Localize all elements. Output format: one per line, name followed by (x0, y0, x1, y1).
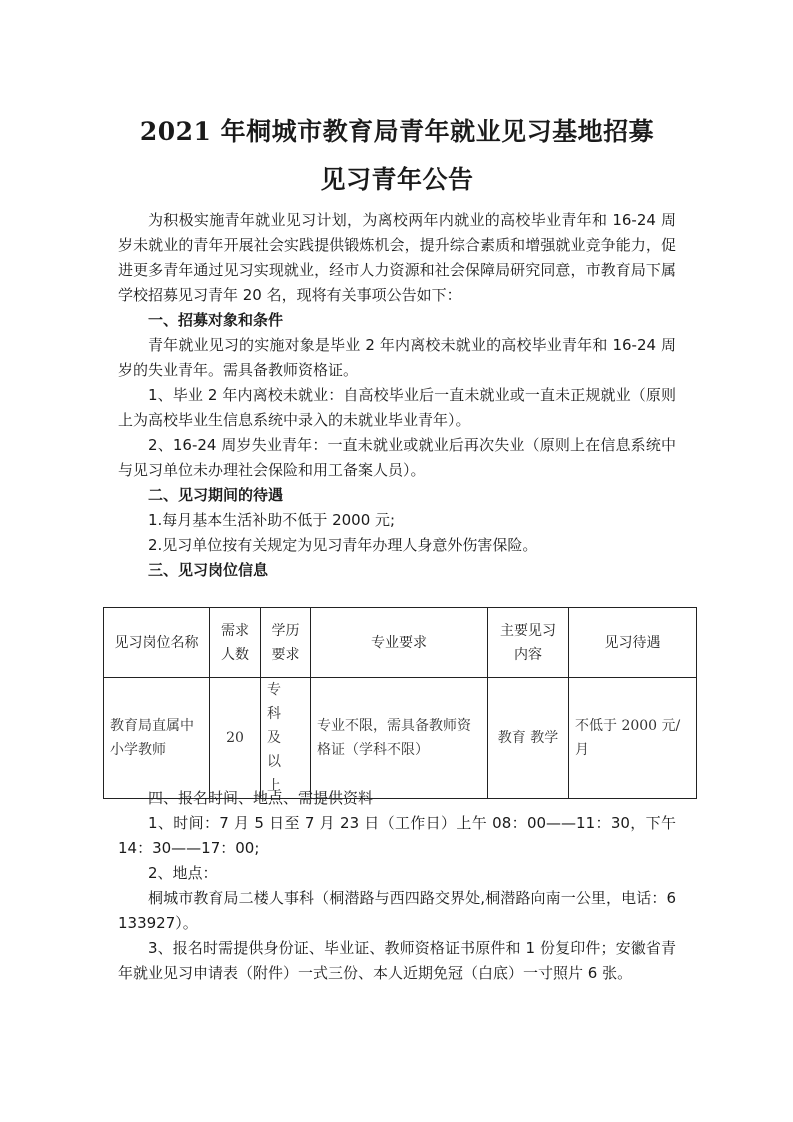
cell-education-text: 专科及以上 (267, 682, 289, 794)
header-major: 专业要求 (311, 608, 488, 678)
header-education: 学历要求 (261, 608, 311, 678)
section1-paragraph: 2、16-24 周岁失业青年：一直未就业或就业后再次失业（原则上在信息系统中与见… (118, 433, 676, 483)
cell-pay: 不低于 2000 元/月 (569, 678, 697, 799)
cell-education: 专科及以上 (261, 678, 311, 799)
section4-paragraph: 3、报名时需提供身份证、毕业证、教师资格证书原件和 1 份复印件；安徽省青年就业… (118, 936, 676, 986)
positions-table-wrapper: 见习岗位名称 需求人数 学历要求 专业要求 主要见习内容 见习待遇 教育局直属中… (103, 607, 697, 799)
section4-paragraph: 桐城市教育局二楼人事科（桐潜路与西四路交界处,桐潜路向南一公里，电话：61339… (118, 886, 676, 936)
header-position: 见习岗位名称 (104, 608, 210, 678)
section1-paragraph: 1、毕业 2 年内离校未就业：自高校毕业后一直未就业或一直未正规就业（原则上为高… (118, 383, 676, 433)
section4-paragraph: 2、地点： (118, 861, 676, 886)
table-header-row: 见习岗位名称 需求人数 学历要求 专业要求 主要见习内容 见习待遇 (104, 608, 697, 678)
header-pay: 见习待遇 (569, 608, 697, 678)
section2-paragraph: 1.每月基本生活补助不低于 2000 元; (118, 508, 676, 533)
positions-table: 见习岗位名称 需求人数 学历要求 专业要求 主要见习内容 见习待遇 教育局直属中… (103, 607, 697, 799)
intro-paragraph: 为积极实施青年就业见习计划，为离校两年内就业的高校毕业青年和 16-24 周岁未… (118, 208, 676, 308)
cell-content: 教育 教学 (488, 678, 569, 799)
section1-heading: 一、招募对象和条件 (118, 308, 676, 333)
section2-heading: 二、见习期间的待遇 (118, 483, 676, 508)
section2-paragraph: 2.见习单位按有关规定为见习青年办理人身意外伤害保险。 (118, 533, 676, 558)
document-title-line2: 见习青年公告 (118, 160, 676, 196)
section4: 四、报名时间、地点、需提供资料 1、时间：7 月 5 日至 7 月 23 日（工… (118, 786, 676, 986)
cell-position: 教育局直属中小学教师 (104, 678, 210, 799)
cell-major: 专业不限，需具备教师资格证（学科不限） (311, 678, 488, 799)
header-content: 主要见习内容 (488, 608, 569, 678)
cell-count: 20 (210, 678, 261, 799)
section3-heading: 三、见习岗位信息 (118, 558, 676, 583)
header-count: 需求人数 (210, 608, 261, 678)
document-body: 为积极实施青年就业见习计划，为离校两年内就业的高校毕业青年和 16-24 周岁未… (118, 208, 676, 583)
document-title-line1: 2021 年桐城市教育局青年就业见习基地招募 (98, 112, 696, 148)
table-row: 教育局直属中小学教师 20 专科及以上 专业不限，需具备教师资格证（学科不限） … (104, 678, 697, 799)
section1-paragraph: 青年就业见习的实施对象是毕业 2 年内离校未就业的高校毕业青年和 16-24 周… (118, 333, 676, 383)
section4-paragraph: 1、时间：7 月 5 日至 7 月 23 日（工作日）上午 08：00——11：… (118, 811, 676, 861)
